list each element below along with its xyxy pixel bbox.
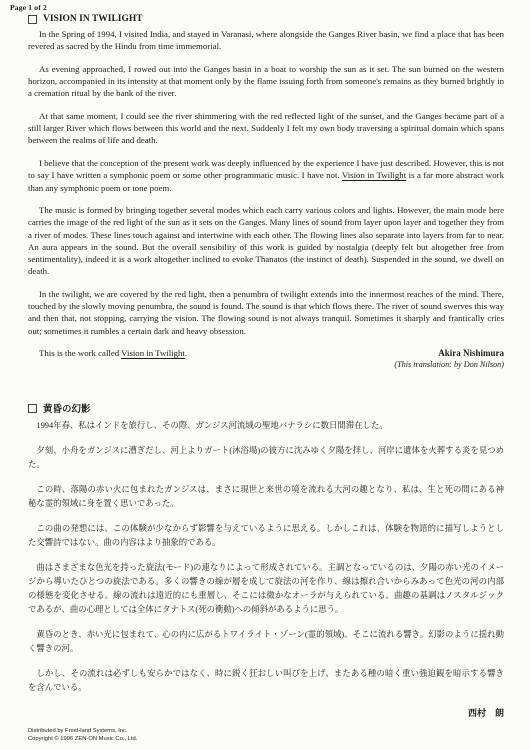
english-section-title: VISION IN TWILIGHT — [28, 14, 504, 24]
japanese-title-text: 黄昏の幻影 — [43, 401, 91, 415]
distributor-line: Distributed by Freel-land Systems, Inc. — [28, 727, 137, 735]
author-signature-block: Akira Nishimura (This translation: by Do… — [384, 347, 504, 371]
english-paragraph-2: As evening approached, I rowed out into … — [28, 63, 504, 100]
japanese-paragraph-2: 夕刻、小舟をガンジスに漕ぎだし、河上よりガート(沐浴場)の彼方に沈みゆく夕陽を拝… — [28, 444, 504, 472]
author-name: Akira Nishimura — [394, 347, 504, 359]
work-title-underlined: Vision in Twilight — [342, 170, 406, 180]
page-number-label: Page 1 of 2 — [10, 3, 47, 12]
japanese-paragraph-5: 曲はさまざまな色光を持った旋法(モード)の連なりによって形成されている。主調とな… — [28, 561, 504, 617]
english-title-text: VISION IN TWILIGHT — [43, 14, 143, 24]
closing-text: This is the work called — [39, 348, 121, 358]
japanese-paragraph-7: しかし、その流れは必ずしも安らかではなく、時に鋭く狂おしい叫びを上げ、またある種… — [28, 667, 504, 695]
copyright-line: Copyright © 1996 ZEN-ON Music Co., Ltd. — [28, 735, 137, 743]
english-paragraph-5: The music is formed by bringing together… — [28, 204, 504, 277]
english-section: VISION IN TWILIGHT In the Spring of 1994… — [28, 14, 504, 719]
closing-and-signature-row: This is the work called Vision in Twilig… — [28, 347, 504, 371]
translator-credit: (This translation: by Don Nilson) — [394, 359, 504, 371]
document-page: Page 1 of 2 VISION IN TWILIGHT In the Sp… — [0, 0, 530, 750]
closing-line: This is the work called Vision in Twilig… — [28, 347, 384, 359]
japanese-paragraph-3: この時、落陽の赤い火に包まれたガンジスは、まさに現世と来世の境を流れる大河の趣と… — [28, 483, 504, 511]
closing-text-end: . — [185, 348, 187, 358]
english-paragraph-4: I believe that the conception of the pre… — [28, 157, 504, 194]
section-checkbox-icon — [28, 15, 37, 24]
japanese-section-title: 黄昏の幻影 — [28, 401, 504, 415]
publisher-footer: Distributed by Freel-land Systems, Inc. … — [28, 727, 137, 743]
japanese-section: 黄昏の幻影 1994年春、私はインドを旅行し、その際、ガンジス河流域の聖地バナラ… — [28, 401, 504, 719]
japanese-paragraph-6: 黄昏のとき、赤い光に包まれて、心の内に広がるトワイライト・ゾーン(霊的領域)。そ… — [28, 628, 504, 656]
japanese-author-name: 西村 朗 — [28, 706, 504, 719]
japanese-paragraph-1: 1994年春、私はインドを旅行し、その際、ガンジス河流域の聖地バナラシに数日間滞… — [28, 419, 504, 433]
english-paragraph-6: In the twilight, we are covered by the r… — [28, 288, 504, 337]
japanese-paragraph-4: この曲の発想には、この体験が少なからず影響を与えているように思える。しかしこれは… — [28, 522, 504, 550]
work-title-underlined: Vision in Twilight — [121, 348, 185, 358]
english-paragraph-1: In the Spring of 1994, I visited India, … — [28, 28, 504, 52]
english-paragraph-3: At that same moment, I could see the riv… — [28, 110, 504, 147]
section-checkbox-icon — [28, 404, 37, 413]
